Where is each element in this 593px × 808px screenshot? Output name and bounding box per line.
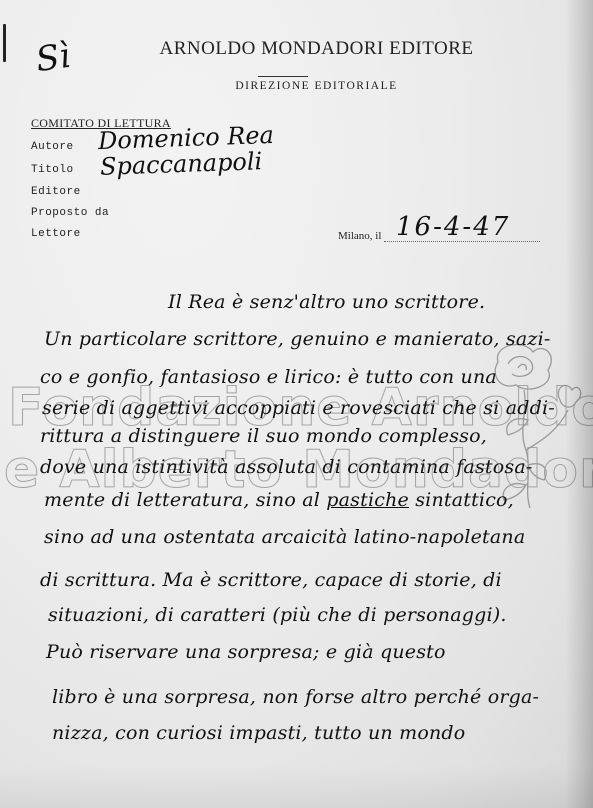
field-label-lettore: Lettore [31, 228, 81, 240]
body-line-7-text: mente di letteratura, sino al pastiche s… [44, 489, 514, 511]
underlined-word: pastiche [326, 489, 409, 511]
field-label-titolo: Titolo [31, 164, 74, 176]
field-label-editore: Editore [31, 186, 81, 198]
letterhead-rule [258, 76, 308, 77]
body-line-5: rittura a distinguere il suo mondo compl… [40, 425, 487, 447]
field-label-proposto: Proposto da [31, 207, 109, 219]
field-label-autore: Autore [31, 141, 74, 153]
body-line-13: nizza, con curiosi impasti, tutto un mon… [52, 722, 465, 744]
body-line-3: co e gonfio, fantasioso e lirico: è tutt… [40, 366, 497, 388]
date-label: Milano, il [338, 230, 381, 242]
paper-fold [0, 765, 593, 808]
body-line-11: Può riservare una sorpresa; e già questo [46, 641, 446, 663]
scanned-document: Sì ARNOLDO MONDADORI EDITORE DIREZIONE E… [0, 0, 593, 808]
body-line-1: Il Rea è senz'altro uno scrittore. [168, 291, 485, 313]
body-line-7: mente di letteratura, sino al pastiche s… [44, 489, 514, 511]
date-value: 16-4-47 [396, 212, 510, 242]
body-line-9: di scrittura. Ma è scrittore, capace di … [40, 569, 502, 591]
body-line-4: serie di aggettivi accoppiati e rovescia… [42, 397, 555, 419]
letterhead-company: ARNOLDO MONDADORI EDITORE [0, 38, 593, 60]
page-edge-shadow [565, 0, 593, 808]
body-line-8: sino ad una ostentata arcaicità latino-n… [44, 526, 525, 548]
letterhead-department: DIREZIONE EDITORIALE [0, 80, 593, 92]
body-line-10: situazioni, di caratteri (più che di per… [48, 604, 507, 626]
body-line-2: Un particolare scrittore, genuino e mani… [44, 328, 551, 350]
body-line-6: dove una istintività assoluta di contami… [40, 456, 532, 478]
field-value-titolo: Spaccanapoli [100, 147, 263, 181]
body-line-12: libro è una sorpresa, non forse altro pe… [52, 686, 539, 708]
